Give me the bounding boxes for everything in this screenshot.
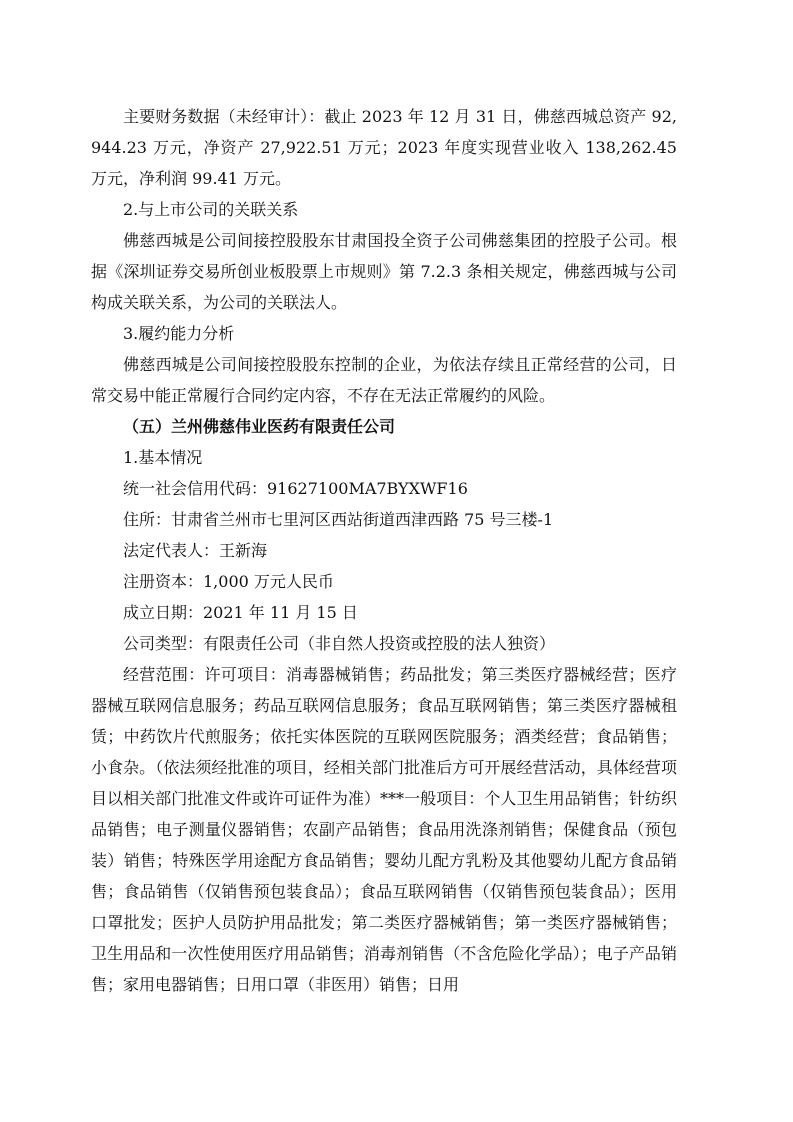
heading-section-3-performance: 3.履约能力分析	[91, 318, 677, 349]
paragraph-credit-code: 统一社会信用代码：91627100MA7BYXWF16	[91, 473, 677, 504]
paragraph-business-scope: 经营范围：许可项目：消毒器械销售；药品批发；第三类医疗器械经营；医疗器械互联网信…	[91, 659, 677, 1000]
heading-section-2-relationship: 2.与上市公司的关联关系	[91, 194, 677, 225]
document-text-block: 主要财务数据（未经审计）：截止 2023 年 12 月 31 日，佛慈西城总资产…	[91, 101, 677, 1000]
document-page: 主要财务数据（未经审计）：截止 2023 年 12 月 31 日，佛慈西城总资产…	[0, 0, 793, 1122]
heading-basic-info: 1.基本情况	[91, 442, 677, 473]
paragraph-company-type: 公司类型：有限责任公司（非自然人投资或控股的法人独资）	[91, 628, 677, 659]
heading-company-five: （五）兰州佛慈伟业医药有限责任公司	[91, 411, 677, 442]
paragraph-performance-ability: 佛慈西城是公司间接控股股东控制的企业，为依法存续且正常经营的公司，日常交易中能正…	[91, 349, 677, 411]
paragraph-address: 住所：甘肃省兰州市七里河区西站街道西津西路 75 号三楼-1	[91, 504, 677, 535]
paragraph-registered-capital: 注册资本：1,000 万元人民币	[91, 566, 677, 597]
paragraph-establishment-date: 成立日期：2021 年 11 月 15 日	[91, 597, 677, 628]
paragraph-legal-representative: 法定代表人：王新海	[91, 535, 677, 566]
paragraph-related-relationship: 佛慈西城是公司间接控股股东甘肃国投全资子公司佛慈集团的控股子公司。根据《深圳证券…	[91, 225, 677, 318]
paragraph-financial-data: 主要财务数据（未经审计）：截止 2023 年 12 月 31 日，佛慈西城总资产…	[91, 101, 677, 194]
